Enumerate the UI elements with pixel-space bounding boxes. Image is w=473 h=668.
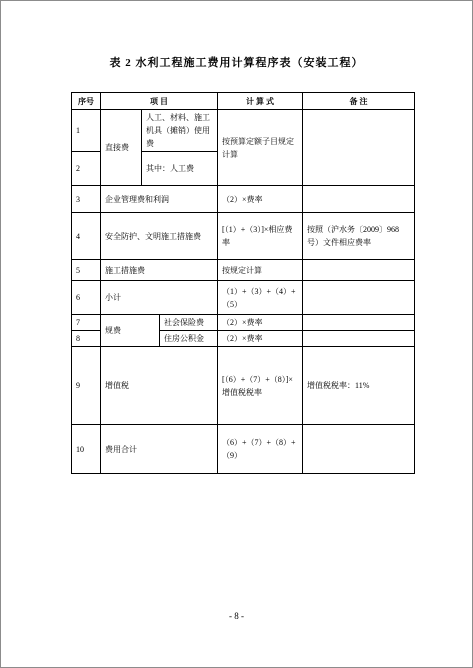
- table-row: 10 费用合计 （6）+（7）+（8）+（9）: [72, 425, 415, 474]
- table-row: 5 施工措施费 按规定计算: [72, 260, 415, 281]
- note-cell: [303, 425, 415, 474]
- formula-cell: 按规定计算: [218, 260, 303, 281]
- table-row: 9 增值税 [（6）+（7）+（8）]×增值税税率 增值税税率：11%: [72, 347, 415, 425]
- cost-table-container: 序号 项 目 计 算 式 备 注 1 直接费 人工、材料、施工机具（摊销）使用费…: [71, 92, 415, 474]
- formula-cell: （2）×费率: [218, 186, 303, 213]
- header-col-note: 备 注: [303, 93, 415, 110]
- row-no: 3: [72, 186, 101, 213]
- group-label: 规费: [101, 315, 160, 347]
- item-cell: 住房公积金: [160, 331, 218, 347]
- note-cell: [303, 281, 415, 315]
- formula-cell: [（6）+（7）+（8）]×增值税税率: [218, 347, 303, 425]
- note-cell: 按照（沪水务〔2009〕968 号）文件相应费率: [303, 213, 415, 260]
- table-header-row: 序号 项 目 计 算 式 备 注: [72, 93, 415, 110]
- formula-cell: （6）+（7）+（8）+（9）: [218, 425, 303, 474]
- note-cell: [303, 260, 415, 281]
- item-cell: 人工、材料、施工机具（摊销）使用费: [142, 110, 218, 152]
- row-no: 2: [72, 152, 101, 186]
- formula-cell: （1）+（3）+（4）+（5）: [218, 281, 303, 315]
- note-cell: [303, 110, 415, 186]
- table-row: 3 企业管理费和利润 （2）×费率: [72, 186, 415, 213]
- item-cell: 费用合计: [101, 425, 218, 474]
- page-number: - 8 -: [1, 611, 472, 621]
- header-col-item: 项 目: [101, 93, 218, 110]
- table-row: 4 安全防护、文明施工措施费 [（1）+（3）]×相应费率 按照（沪水务〔200…: [72, 213, 415, 260]
- group-label: 直接费: [101, 110, 142, 186]
- row-no: 4: [72, 213, 101, 260]
- item-cell: 施工措施费: [101, 260, 218, 281]
- row-no: 6: [72, 281, 101, 315]
- note-cell: 增值税税率：11%: [303, 347, 415, 425]
- item-cell: 社会保险费: [160, 315, 218, 331]
- item-cell: 增值税: [101, 347, 218, 425]
- row-no: 1: [72, 110, 101, 152]
- formula-cell: （2）×费率: [218, 315, 303, 331]
- row-no: 8: [72, 331, 101, 347]
- page-title: 表 2 水利工程施工费用计算程序表（安装工程）: [1, 54, 472, 70]
- table-row: 1 直接费 人工、材料、施工机具（摊销）使用费 按预算定额子目规定计算: [72, 110, 415, 152]
- header-col-formula: 计 算 式: [218, 93, 303, 110]
- item-cell: 企业管理费和利润: [101, 186, 218, 213]
- row-no: 9: [72, 347, 101, 425]
- formula-cell: （2）×费率: [218, 331, 303, 347]
- formula-cell: [（1）+（3）]×相应费率: [218, 213, 303, 260]
- cost-calculation-table: 序号 项 目 计 算 式 备 注 1 直接费 人工、材料、施工机具（摊销）使用费…: [71, 92, 415, 474]
- header-col-no: 序号: [72, 93, 101, 110]
- note-cell: [303, 186, 415, 213]
- row-no: 10: [72, 425, 101, 474]
- item-cell: 安全防护、文明施工措施费: [101, 213, 218, 260]
- row-no: 7: [72, 315, 101, 331]
- note-cell: [303, 331, 415, 347]
- item-cell: 小计: [101, 281, 218, 315]
- document-page: 表 2 水利工程施工费用计算程序表（安装工程） 序号 项 目 计 算 式 备 注…: [0, 0, 473, 668]
- table-row: 6 小计 （1）+（3）+（4）+（5）: [72, 281, 415, 315]
- formula-cell: 按预算定额子目规定计算: [218, 110, 303, 186]
- note-cell: [303, 315, 415, 331]
- table-row: 7 规费 社会保险费 （2）×费率: [72, 315, 415, 331]
- item-cell: 其中：人工费: [142, 152, 218, 186]
- row-no: 5: [72, 260, 101, 281]
